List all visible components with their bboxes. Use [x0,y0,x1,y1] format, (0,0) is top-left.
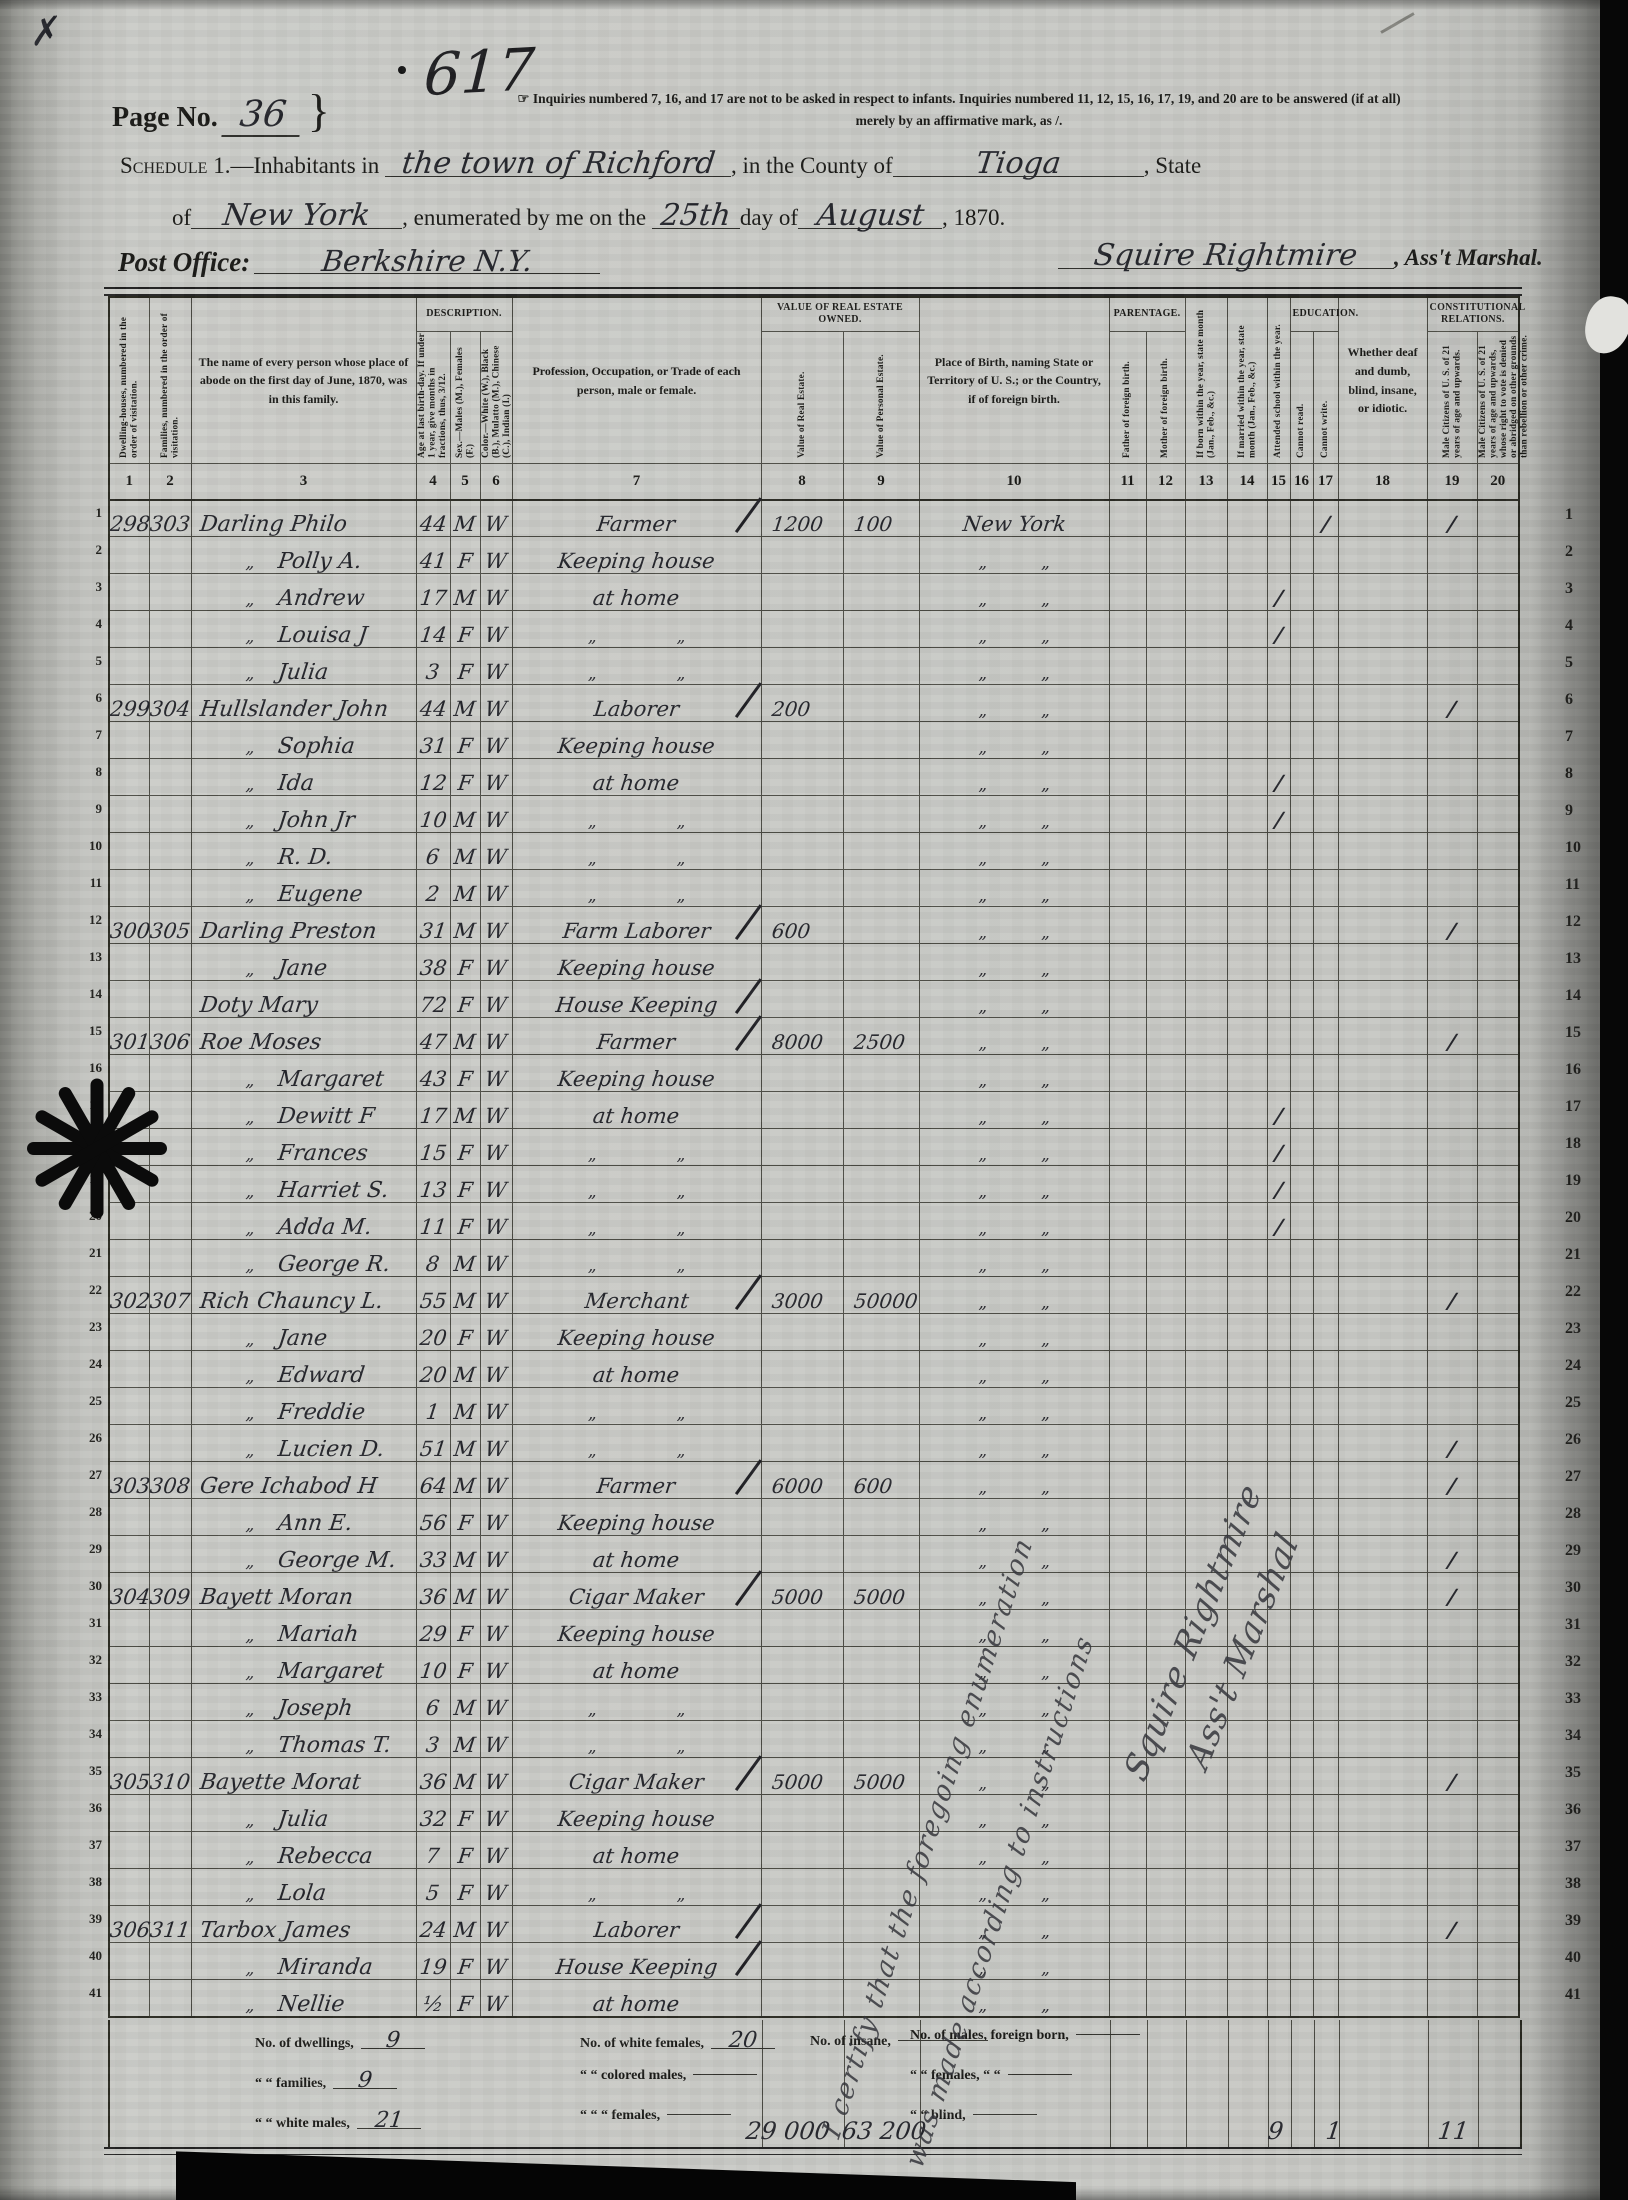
row-number-left: 25 [76,1393,102,1409]
cell-personal-estate-value [843,1240,919,1277]
cell-cannot-read [1290,796,1313,833]
column-header-2: Families, numbered in the order of visit… [149,297,191,464]
cell-cannot-write [1313,1573,1338,1610]
cell-dwelling-number [109,1314,149,1351]
cell-male-citizen-21: / [1427,907,1477,944]
cell-personal-estate-value [843,796,919,833]
cell-male-citizen-21: / [1427,500,1477,537]
cell-cannot-write [1313,1314,1338,1351]
cell-birthplace: „„ [919,537,1109,574]
cell-dwelling-number: 300 [109,907,149,944]
cell-birth-month [1185,1166,1227,1203]
cell-deaf-dumb-blind [1338,1240,1427,1277]
cell-color: W [480,1536,512,1573]
column-header-9: Value of Personal Estate. [843,331,919,463]
cell-name: „Edward [191,1351,416,1388]
cell-male-citizen-21: / [1427,1018,1477,1055]
cell-deaf-dumb-blind [1338,981,1427,1018]
cell-married-month [1227,500,1267,537]
state-label: , State [1144,153,1202,179]
cell-real-estate-value [761,944,843,981]
cell-color: W [480,1906,512,1943]
cell-deaf-dumb-blind [1338,1980,1427,2017]
column-header-1: Dwelling-houses, numbered in the order o… [109,297,149,464]
cell-sex: F [450,1832,480,1869]
footer-grid-line [1147,2020,1148,2147]
row-number-left: 31 [76,1615,102,1631]
cell-married-month [1227,1980,1267,2017]
cell-age: 41 [416,537,450,574]
cell-family-number [149,1943,191,1980]
row-number-left: 35 [76,1763,102,1779]
cell-father-foreign [1109,722,1146,759]
cell-cannot-read [1290,1684,1313,1721]
cell-dwelling-number [109,833,149,870]
cell-cannot-write [1313,1980,1338,2017]
cell-cannot-write [1313,1869,1338,1906]
brace-glyph: } [308,84,330,137]
cell-vote-denied [1477,1499,1519,1536]
cell-married-month [1227,611,1267,648]
cell-male-citizen-21 [1427,981,1477,1018]
cell-name: „Harriet S. [191,1166,416,1203]
cell-birthplace: „„ [919,1018,1109,1055]
cell-age: 13 [416,1166,450,1203]
cell-age: 32 [416,1795,450,1832]
cell-deaf-dumb-blind [1338,870,1427,907]
row-number-left: 14 [76,986,102,1002]
cell-cannot-write [1313,1462,1338,1499]
cell-cannot-read [1290,1758,1313,1795]
cell-age: 5 [416,1869,450,1906]
cell-name: „R. D. [191,833,416,870]
row-number-left: 5 [76,653,102,669]
cell-color: W [480,759,512,796]
cell-real-estate-value [761,648,843,685]
cell-birth-month [1185,685,1227,722]
cell-birth-month [1185,1314,1227,1351]
cell-dwelling-number [109,1980,149,2017]
column-header-5: Sex.—Males (M.), Females (F.) [450,331,480,463]
row-number-left: 40 [76,1948,102,1964]
cell-birthplace: New York [919,500,1109,537]
cell-dwelling-number: 306 [109,1906,149,1943]
cell-attended-school [1267,500,1290,537]
cell-attended-school [1267,1314,1290,1351]
cell-mother-foreign [1146,648,1185,685]
cell-male-citizen-21 [1427,1092,1477,1129]
census-row: 302307Rich Chauncy L.55MWMerchant3000500… [109,1277,1519,1314]
cell-real-estate-value [761,1166,843,1203]
cell-name: „Jane [191,944,416,981]
cell-vote-denied [1477,1240,1519,1277]
cell-father-foreign [1109,944,1146,981]
cell-family-number: 303 [149,500,191,537]
column-header-14: If married within the year, state month … [1227,297,1267,464]
cell-mother-foreign [1146,1536,1185,1573]
cell-married-month [1227,1018,1267,1055]
footer-tally-section: No. of dwellings,9“ “ families,9“ “ whit… [108,2020,1522,2147]
cell-birth-month [1185,1277,1227,1314]
cell-deaf-dumb-blind [1338,1758,1427,1795]
cell-occupation: at home [512,1536,761,1573]
cell-attended-school: / [1267,1203,1290,1240]
cell-personal-estate-value [843,1351,919,1388]
column-number-12: 12 [1146,464,1185,500]
cell-deaf-dumb-blind [1338,1536,1427,1573]
cell-father-foreign [1109,1203,1146,1240]
cell-cannot-write [1313,1795,1338,1832]
cell-dwelling-number [109,759,149,796]
cell-sex: M [450,500,480,537]
cell-birthplace: „„ [919,1129,1109,1166]
cell-dwelling-number [109,1684,149,1721]
tally-line: “ “ colored males, [580,2068,775,2108]
cell-sex: M [450,907,480,944]
page-no-value: 36 [221,94,304,137]
cell-birthplace: „„ [919,648,1109,685]
column-number-6: 6 [480,464,512,500]
cell-cannot-write [1313,1906,1338,1943]
cell-attended-school: / [1267,1092,1290,1129]
cell-occupation: Keeping house [512,1795,761,1832]
cell-attended-school [1267,685,1290,722]
cell-color: W [480,1869,512,1906]
cell-deaf-dumb-blind [1338,722,1427,759]
cell-name: Gere Ichabod H [191,1462,416,1499]
cell-sex: F [450,759,480,796]
cell-dwelling-number: 302 [109,1277,149,1314]
day-value: 25th [659,198,733,233]
cell-occupation: Keeping house [512,944,761,981]
cell-vote-denied [1477,833,1519,870]
cell-color: W [480,1684,512,1721]
column-header-18: Whether deaf and dumb, blind, insane, or… [1338,297,1427,464]
cell-personal-estate-value [843,981,919,1018]
cell-color: W [480,1499,512,1536]
row-number-left: 29 [76,1541,102,1557]
cell-name: „Rebecca [191,1832,416,1869]
cell-real-estate-value: 200 [761,685,843,722]
cell-sex: M [450,1906,480,1943]
cell-real-estate-value [761,537,843,574]
cell-cannot-read [1290,1462,1313,1499]
column-number-7: 7 [512,464,761,500]
row-number-left: 26 [76,1430,102,1446]
cell-vote-denied [1477,944,1519,981]
cell-male-citizen-21 [1427,1166,1477,1203]
census-row: 306311Tarbox James24MWLaborer„„/ [109,1906,1519,1943]
census-row: „Harriet S.13FW„„„„/ [109,1166,1519,1203]
cell-cannot-read [1290,1610,1313,1647]
cell-deaf-dumb-blind [1338,1684,1427,1721]
cell-vote-denied [1477,759,1519,796]
cell-attended-school [1267,1388,1290,1425]
cell-vote-denied [1477,685,1519,722]
cell-vote-denied [1477,1758,1519,1795]
cell-personal-estate-value [843,537,919,574]
cell-real-estate-value [761,796,843,833]
county-label: , in the County of [731,153,893,179]
cell-deaf-dumb-blind [1338,1832,1427,1869]
census-row: „Dewitt F17MWat home„„/ [109,1092,1519,1129]
cell-personal-estate-value [843,1129,919,1166]
cell-birthplace: „„ [919,1462,1109,1499]
cell-birthplace: „„ [919,1314,1109,1351]
cell-vote-denied [1477,1869,1519,1906]
cell-male-citizen-21 [1427,648,1477,685]
cell-occupation: Keeping house [512,537,761,574]
cell-occupation: „„ [512,1240,761,1277]
cell-mother-foreign [1146,1351,1185,1388]
cell-cannot-write [1313,981,1338,1018]
cell-occupation: Keeping house [512,1314,761,1351]
cell-cannot-write [1313,1758,1338,1795]
cell-name: „Lucien D. [191,1425,416,1462]
cell-name: „Miranda [191,1943,416,1980]
cell-birth-month [1185,981,1227,1018]
cell-age: 47 [416,1018,450,1055]
cell-birth-month [1185,796,1227,833]
cell-cannot-write [1313,759,1338,796]
census-row: „Joseph6MW„„„„ [109,1684,1519,1721]
cell-color: W [480,1166,512,1203]
census-row: 303308Gere Ichabod H64MWFarmer6000600„„/ [109,1462,1519,1499]
cell-deaf-dumb-blind [1338,1943,1427,1980]
cell-age: 64 [416,1462,450,1499]
cell-name: „George M. [191,1536,416,1573]
cell-attended-school [1267,1240,1290,1277]
row-number-left: 12 [76,912,102,928]
cell-male-citizen-21 [1427,722,1477,759]
cell-birth-month [1185,611,1227,648]
cell-attended-school [1267,1832,1290,1869]
cell-deaf-dumb-blind [1338,833,1427,870]
cell-name: „Louisa J [191,611,416,648]
column-group: VALUE OF REAL ESTATE OWNED. [761,297,919,331]
cell-occupation: Merchant [512,1277,761,1314]
cell-personal-estate-value [843,1055,919,1092]
cell-age: 33 [416,1536,450,1573]
cell-birth-month [1185,1832,1227,1869]
cell-name: „Sophia [191,722,416,759]
cell-male-citizen-21 [1427,944,1477,981]
census-row: „Polly A.41FWKeeping house„„ [109,537,1519,574]
cell-birth-month [1185,1795,1227,1832]
cell-cannot-write [1313,648,1338,685]
cell-vote-denied [1477,1795,1519,1832]
ink-star-stamp [22,1074,172,1224]
cell-birthplace: „„ [919,1055,1109,1092]
row-number-left: 4 [76,616,102,632]
cell-mother-foreign [1146,1795,1185,1832]
column-number-4: 4 [416,464,450,500]
cell-family-number: 304 [149,685,191,722]
cell-cannot-write [1313,1536,1338,1573]
cell-birthplace: „„ [919,1240,1109,1277]
cell-color: W [480,1425,512,1462]
cell-attended-school: / [1267,1166,1290,1203]
footer-grid-line [1428,2020,1429,2147]
cell-attended-school [1267,1758,1290,1795]
cell-father-foreign [1109,648,1146,685]
cell-personal-estate-value: 5000 [843,1573,919,1610]
cell-mother-foreign [1146,685,1185,722]
cell-color: W [480,648,512,685]
cell-cannot-write [1313,1610,1338,1647]
cell-dwelling-number [109,1721,149,1758]
cell-mother-foreign [1146,1499,1185,1536]
cell-vote-denied [1477,1277,1519,1314]
census-row: „Miranda19FWHouse Keeping„„ [109,1943,1519,1980]
cell-sex: F [450,722,480,759]
cell-father-foreign [1109,1943,1146,1980]
footer-grid-line [1186,2020,1187,2147]
cell-mother-foreign [1146,1092,1185,1129]
cell-color: W [480,870,512,907]
cell-cannot-write [1313,1166,1338,1203]
cell-deaf-dumb-blind [1338,759,1427,796]
cell-cannot-write [1313,833,1338,870]
cell-male-citizen-21 [1427,833,1477,870]
census-row: Doty Mary72FWHouse Keeping„„ [109,981,1519,1018]
cell-real-estate-value [761,1906,843,1943]
cell-father-foreign [1109,1092,1146,1129]
cell-name: „George R. [191,1240,416,1277]
cell-birthplace: „„ [919,981,1109,1018]
cell-cannot-write [1313,1277,1338,1314]
cell-cannot-read [1290,1018,1313,1055]
cell-deaf-dumb-blind [1338,944,1427,981]
cell-real-estate-value: 8000 [761,1018,843,1055]
cell-attended-school [1267,1351,1290,1388]
row-number-left: 41 [76,1985,102,2001]
cell-name: Bayette Morat [191,1758,416,1795]
cell-sex: F [450,981,480,1018]
cell-mother-foreign [1146,1055,1185,1092]
cell-mother-foreign [1146,1573,1185,1610]
cell-dwelling-number [109,1610,149,1647]
cell-occupation: at home [512,1351,761,1388]
cell-birthplace: „„ [919,1388,1109,1425]
cell-attended-school: / [1267,796,1290,833]
scan-edge-shadow-top [0,0,1628,10]
census-row: „Andrew17MWat home„„/ [109,574,1519,611]
cell-vote-denied [1477,1203,1519,1240]
column-header-10: Place of Birth, naming State or Territor… [919,297,1109,464]
cell-attended-school [1267,1980,1290,2017]
cell-real-estate-value [761,1203,843,1240]
cell-name: „Ida [191,759,416,796]
cell-male-citizen-21: / [1427,1462,1477,1499]
cell-male-citizen-21: / [1427,1425,1477,1462]
cell-age: 24 [416,1906,450,1943]
cell-real-estate-value: 1200 [761,500,843,537]
table-bottom-rule [104,2147,1522,2155]
cell-vote-denied [1477,1388,1519,1425]
cell-family-number [149,1610,191,1647]
cell-cannot-read [1290,1129,1313,1166]
cell-name: Darling Philo [191,500,416,537]
cell-occupation: „„ [512,1869,761,1906]
cell-father-foreign [1109,1832,1146,1869]
cell-name: „Julia [191,1795,416,1832]
cell-cannot-write [1313,1203,1338,1240]
cell-vote-denied [1477,1943,1519,1980]
cell-male-citizen-21 [1427,1610,1477,1647]
cell-cannot-write [1313,944,1338,981]
cell-name: „Ann E. [191,1499,416,1536]
cell-attended-school [1267,722,1290,759]
cell-male-citizen-21 [1427,1647,1477,1684]
cell-real-estate-value [761,1980,843,2017]
cell-age: 36 [416,1758,450,1795]
cell-real-estate-value [761,1129,843,1166]
cell-sex: F [450,1499,480,1536]
cell-vote-denied [1477,1351,1519,1388]
town-value: the town of Richford [399,146,716,181]
cell-real-estate-value [761,833,843,870]
cell-birth-month [1185,944,1227,981]
cell-mother-foreign [1146,981,1185,1018]
census-row: „Margaret10FWat home„„ [109,1647,1519,1684]
cell-birthplace: „„ [919,1943,1109,1980]
cell-married-month [1227,648,1267,685]
cell-married-month [1227,1795,1267,1832]
cell-name: Doty Mary [191,981,416,1018]
row-number-left: 39 [76,1911,102,1927]
column-header-16: Cannot read. [1290,331,1313,463]
cell-married-month [1227,796,1267,833]
cell-sex: F [450,1203,480,1240]
cell-cannot-read [1290,833,1313,870]
cell-birth-month [1185,759,1227,796]
census-row: 298303Darling Philo44MWFarmer1200100New … [109,500,1519,537]
row-number-left: 9 [76,801,102,817]
cell-birthplace: „„ [919,759,1109,796]
cell-mother-foreign [1146,1869,1185,1906]
cell-dwelling-number: 301 [109,1018,149,1055]
cell-deaf-dumb-blind [1338,1203,1427,1240]
cell-male-citizen-21 [1427,611,1477,648]
cell-color: W [480,537,512,574]
cell-name: „Mariah [191,1610,416,1647]
cell-personal-estate-value: 600 [843,1462,919,1499]
cell-married-month [1227,1203,1267,1240]
census-row: 305310Bayette Morat36MWCigar Maker500050… [109,1758,1519,1795]
cell-name: „Frances [191,1129,416,1166]
cell-married-month [1227,537,1267,574]
cell-dwelling-number [109,870,149,907]
cell-color: W [480,981,512,1018]
cell-color: W [480,1277,512,1314]
cell-age: 11 [416,1203,450,1240]
cell-married-month [1227,1277,1267,1314]
cell-family-number: 308 [149,1462,191,1499]
schedule-rest: 1.—Inhabitants in [207,153,379,178]
cell-age: 44 [416,685,450,722]
cell-personal-estate-value [843,870,919,907]
cell-birth-month [1185,1351,1227,1388]
cell-personal-estate-value [843,833,919,870]
cell-father-foreign [1109,1980,1146,2017]
cell-personal-estate-value [843,574,919,611]
cell-mother-foreign [1146,1462,1185,1499]
cell-married-month [1227,1869,1267,1906]
column-header-6: Color.—White (W.), Black (B.), Mulatto (… [480,331,512,463]
cell-personal-estate-value [843,1203,919,1240]
cell-cannot-write: / [1313,500,1338,537]
